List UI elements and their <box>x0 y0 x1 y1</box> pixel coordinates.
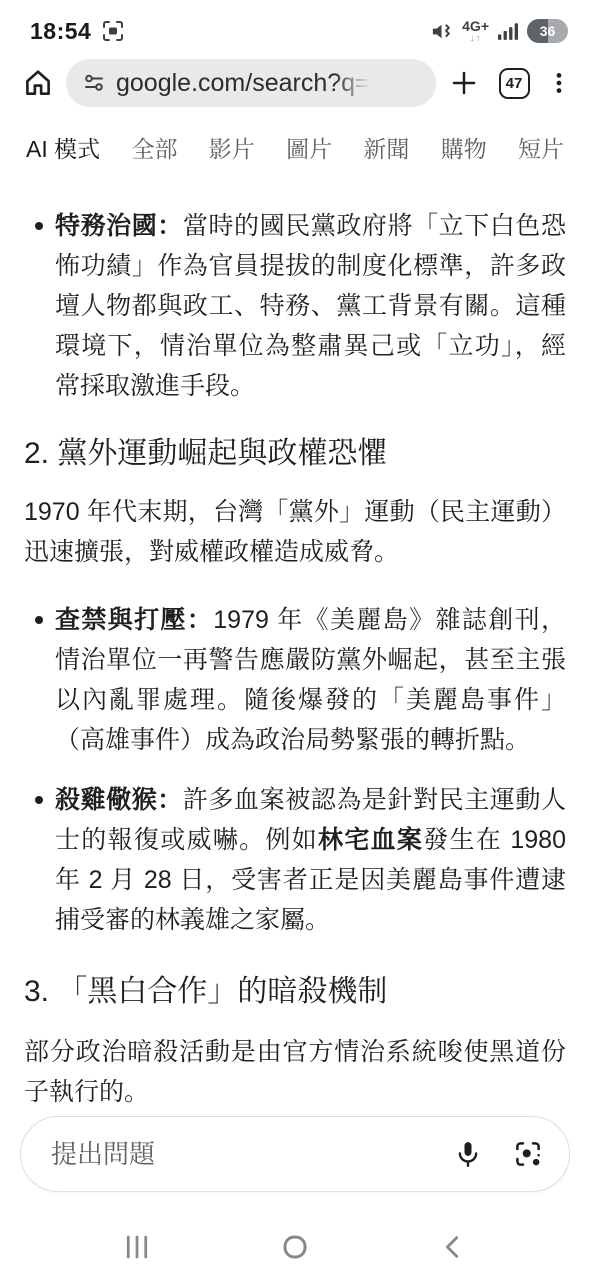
home-nav-button[interactable] <box>268 1220 322 1274</box>
bullet-term: 殺雞儆猴： <box>55 786 183 814</box>
tab-count: 47 <box>506 75 523 92</box>
back-chevron-icon <box>438 1232 468 1262</box>
list-item-warning: 殺雞儆猴：許多血案被認為是針對民主運動人士的報復或威嚇。例如林宅血案發生在 19… <box>24 780 566 940</box>
ask-question-area <box>0 1104 590 1214</box>
bullet-dot <box>35 616 43 624</box>
list-item-spy-rule: 特務治國：當時的國民黨政府將「立下白色恐怖功績」作為官員提拔的制度化標準，許多政… <box>24 206 566 406</box>
ask-question-pill[interactable] <box>20 1116 570 1192</box>
url-bar[interactable]: google.com/search?q= <box>66 59 436 107</box>
tab-news[interactable]: 新聞 <box>363 131 409 164</box>
microphone-icon[interactable] <box>453 1139 483 1169</box>
tab-switcher-button[interactable]: 47 <box>492 61 536 105</box>
screen-capture-icon <box>101 19 125 43</box>
bullet-term: 查禁與打壓： <box>55 606 213 634</box>
signal-strength-icon <box>498 22 518 40</box>
home-icon <box>23 68 53 98</box>
battery-indicator: 36 <box>527 19 568 43</box>
section-heading-3: 3. 「黑白合作」的暗殺機制 <box>24 970 566 1014</box>
tab-shopping[interactable]: 購物 <box>441 131 487 164</box>
recent-apps-icon <box>122 1232 152 1262</box>
home-button[interactable] <box>16 61 60 105</box>
url-text: google.com/search?q= <box>116 69 370 98</box>
kebab-menu-icon <box>546 70 572 96</box>
plus-icon <box>449 68 479 98</box>
content-scroll-area[interactable]: 特務治國：當時的國民黨政府將「立下白色恐怖功績」作為官員提拔的制度化標準，許多政… <box>0 194 590 1104</box>
list-item-ban: 查禁與打壓：1979 年《美麗島》雜誌創刊，情治單位一再警告應嚴防黨外崛起，甚至… <box>24 600 566 760</box>
search-tabs: AI 模式 全部 影片 圖片 新聞 購物 短片 <box>0 114 590 192</box>
bullet-term: 特務治國： <box>55 212 183 240</box>
bullet-body-text: 當時的國民黨政府將「立下白色恐怖功績」作為官員提拔的制度化標準，許多政壇人物都與… <box>55 212 566 400</box>
back-button[interactable] <box>426 1220 480 1274</box>
bullet-dot <box>35 222 43 230</box>
google-lens-icon[interactable] <box>513 1139 543 1169</box>
mute-vibrate-icon <box>430 20 453 43</box>
new-tab-button[interactable] <box>442 61 486 105</box>
tab-ai-mode[interactable]: AI 模式 <box>26 131 100 164</box>
section-heading-2: 2. 黨外運動崛起與政權恐懼 <box>24 432 566 476</box>
tab-all[interactable]: 全部 <box>131 131 177 164</box>
bullet-dot <box>35 796 43 804</box>
site-settings-icon <box>82 71 106 95</box>
tab-images[interactable]: 圖片 <box>286 131 332 164</box>
tab-videos[interactable]: 影片 <box>209 131 255 164</box>
network-type-indicator: 4G+ ↓↑ <box>462 19 489 44</box>
menu-button[interactable] <box>542 61 576 105</box>
bold-phrase: 林宅血案 <box>318 826 423 854</box>
clock: 18:54 <box>30 18 91 45</box>
tab-shorts[interactable]: 短片 <box>518 131 564 164</box>
browser-toolbar: google.com/search?q= 47 <box>0 52 590 114</box>
section-3-paragraph: 部分政治暗殺活動是由官方情治系統唆使黑道份子執行的。 <box>24 1032 566 1104</box>
home-nav-icon <box>279 1231 311 1263</box>
recent-apps-button[interactable] <box>110 1220 164 1274</box>
ai-answer-content: 特務治國：當時的國民黨政府將「立下白色恐怖功績」作為官員提拔的制度化標準，許多政… <box>0 194 590 754</box>
android-navigation-bar <box>0 1214 590 1280</box>
status-bar: 18:54 4G+ ↓↑ <box>0 0 590 52</box>
section-2-paragraph: 1970 年代末期，台灣「黨外」運動（民主運動）迅速擴張，對威權政權造成威脅。 <box>24 492 566 572</box>
ask-question-input[interactable] <box>51 1139 453 1170</box>
tab-switcher-icon: 47 <box>499 68 530 99</box>
